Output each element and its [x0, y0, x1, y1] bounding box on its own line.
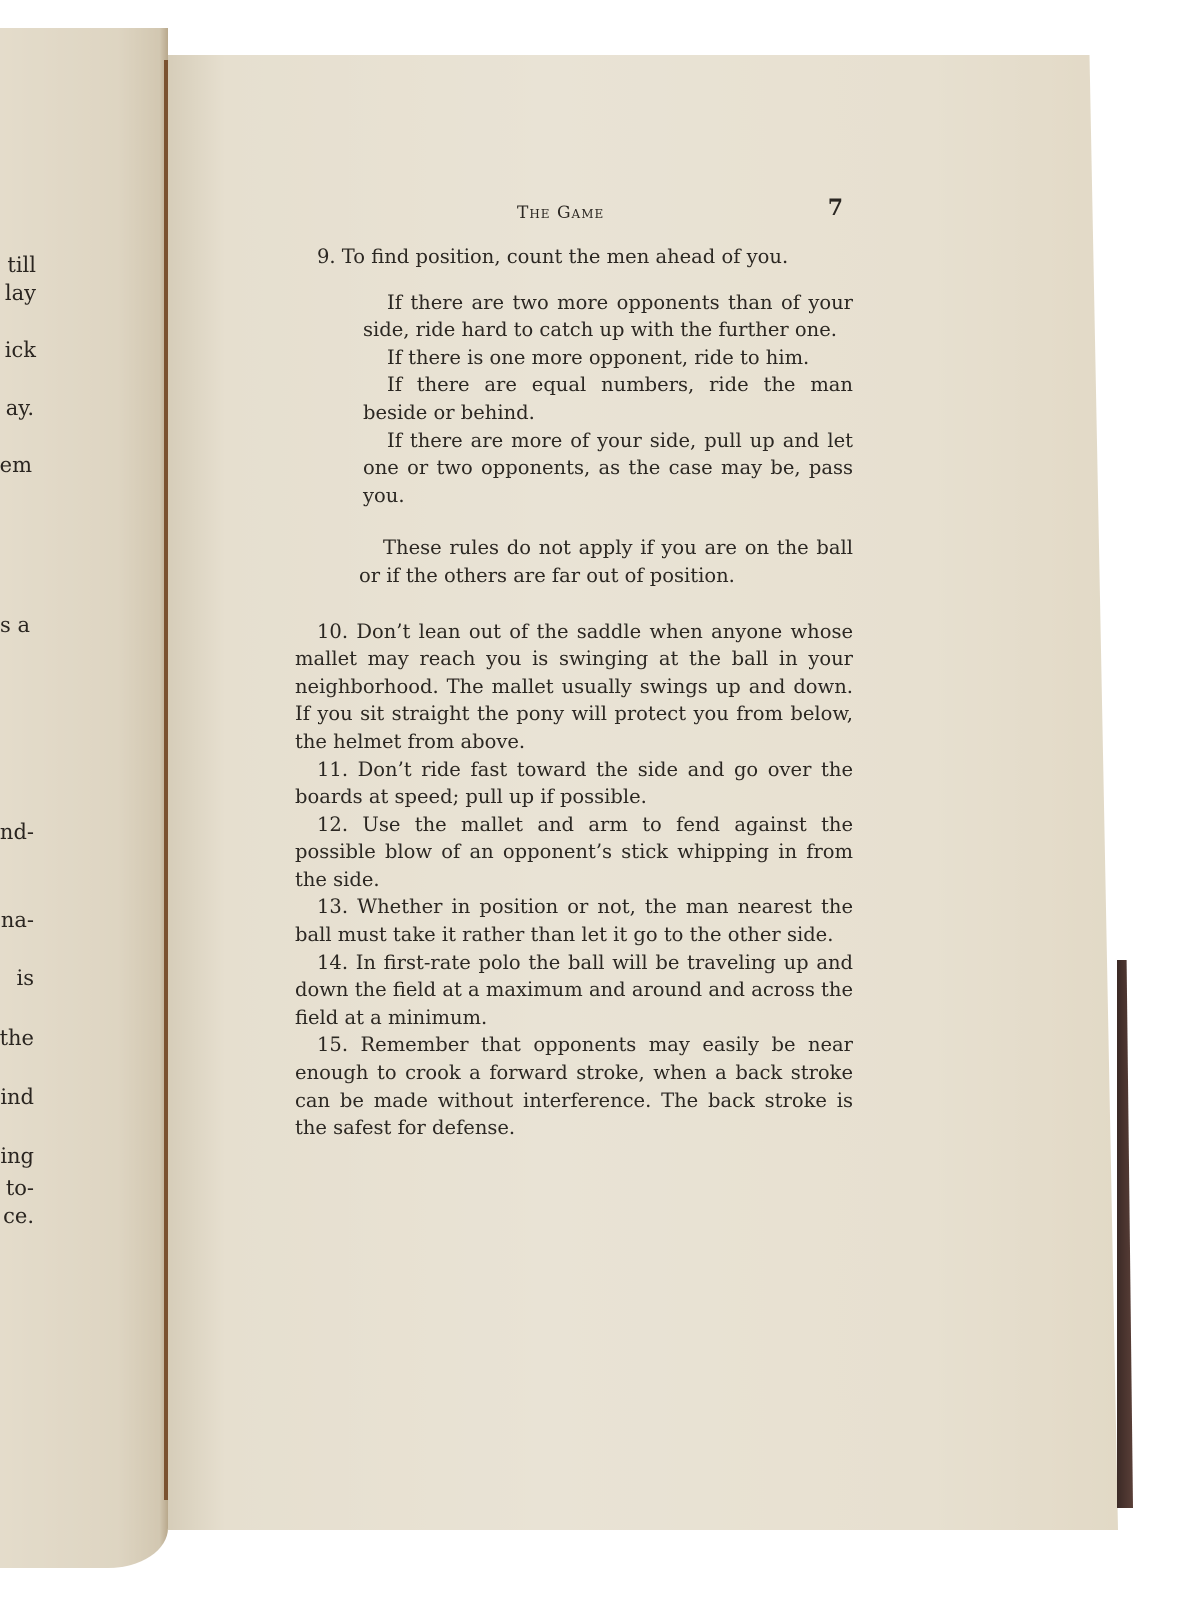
left-page-fragment: ce.	[3, 1204, 34, 1228]
page-content: The Game 7 9. To find position, count th…	[295, 195, 853, 1142]
left-page-fragment: the	[0, 1026, 34, 1050]
left-page-fragment: ind	[0, 1085, 34, 1109]
left-page-fragment: is	[17, 966, 35, 990]
rule-9-subpoint: If there are equal numbers, ride the man…	[363, 371, 853, 426]
rule-9-subpoint: If there are two more opponents than of …	[363, 289, 853, 344]
rule-item-12: 12. Use the mallet and arm to fend again…	[295, 811, 853, 894]
left-page-fragment: ick	[5, 338, 36, 362]
left-page-fragment: nd-	[0, 820, 34, 844]
book-cover-edge	[1117, 960, 1133, 1508]
left-page-fragment: lay	[5, 281, 36, 305]
running-head: The Game 7	[295, 195, 853, 225]
rule-9-subpoint: If there are more of your side, pull up …	[363, 427, 853, 510]
left-page-fragment: ay.	[6, 396, 34, 420]
left-page-fragment: em	[0, 453, 32, 477]
left-page-fragment: till	[7, 253, 36, 277]
rule-item-13: 13. Whether in position or not, the man …	[295, 893, 853, 948]
rule-9-note: These rules do not apply if you are on t…	[359, 534, 853, 589]
rule-item-14: 14. In first-rate polo the ball will be …	[295, 949, 853, 1032]
page-number: 7	[828, 195, 843, 223]
running-title: The Game	[517, 200, 604, 228]
left-page-fragment: to-	[6, 1176, 34, 1200]
left-page-fragment: na-	[1, 908, 34, 932]
rule-item-9: 9. To find position, count the men ahead…	[317, 243, 853, 271]
rule-item-15: 15. Remember that opponents may easily b…	[295, 1031, 853, 1141]
book-gutter	[164, 60, 168, 1500]
rule-item-10: 10. Don’t lean out of the saddle when an…	[295, 618, 853, 756]
rule-9-subpoint: If there is one more opponent, ride to h…	[363, 344, 853, 372]
left-page: till lay ick ay. em s a nd- na- is the i…	[0, 28, 168, 1568]
left-page-fragment: ing	[0, 1144, 34, 1168]
rule-item-11: 11. Don’t ride fast toward the side and …	[295, 756, 853, 811]
left-page-fragment: s a	[0, 613, 30, 637]
